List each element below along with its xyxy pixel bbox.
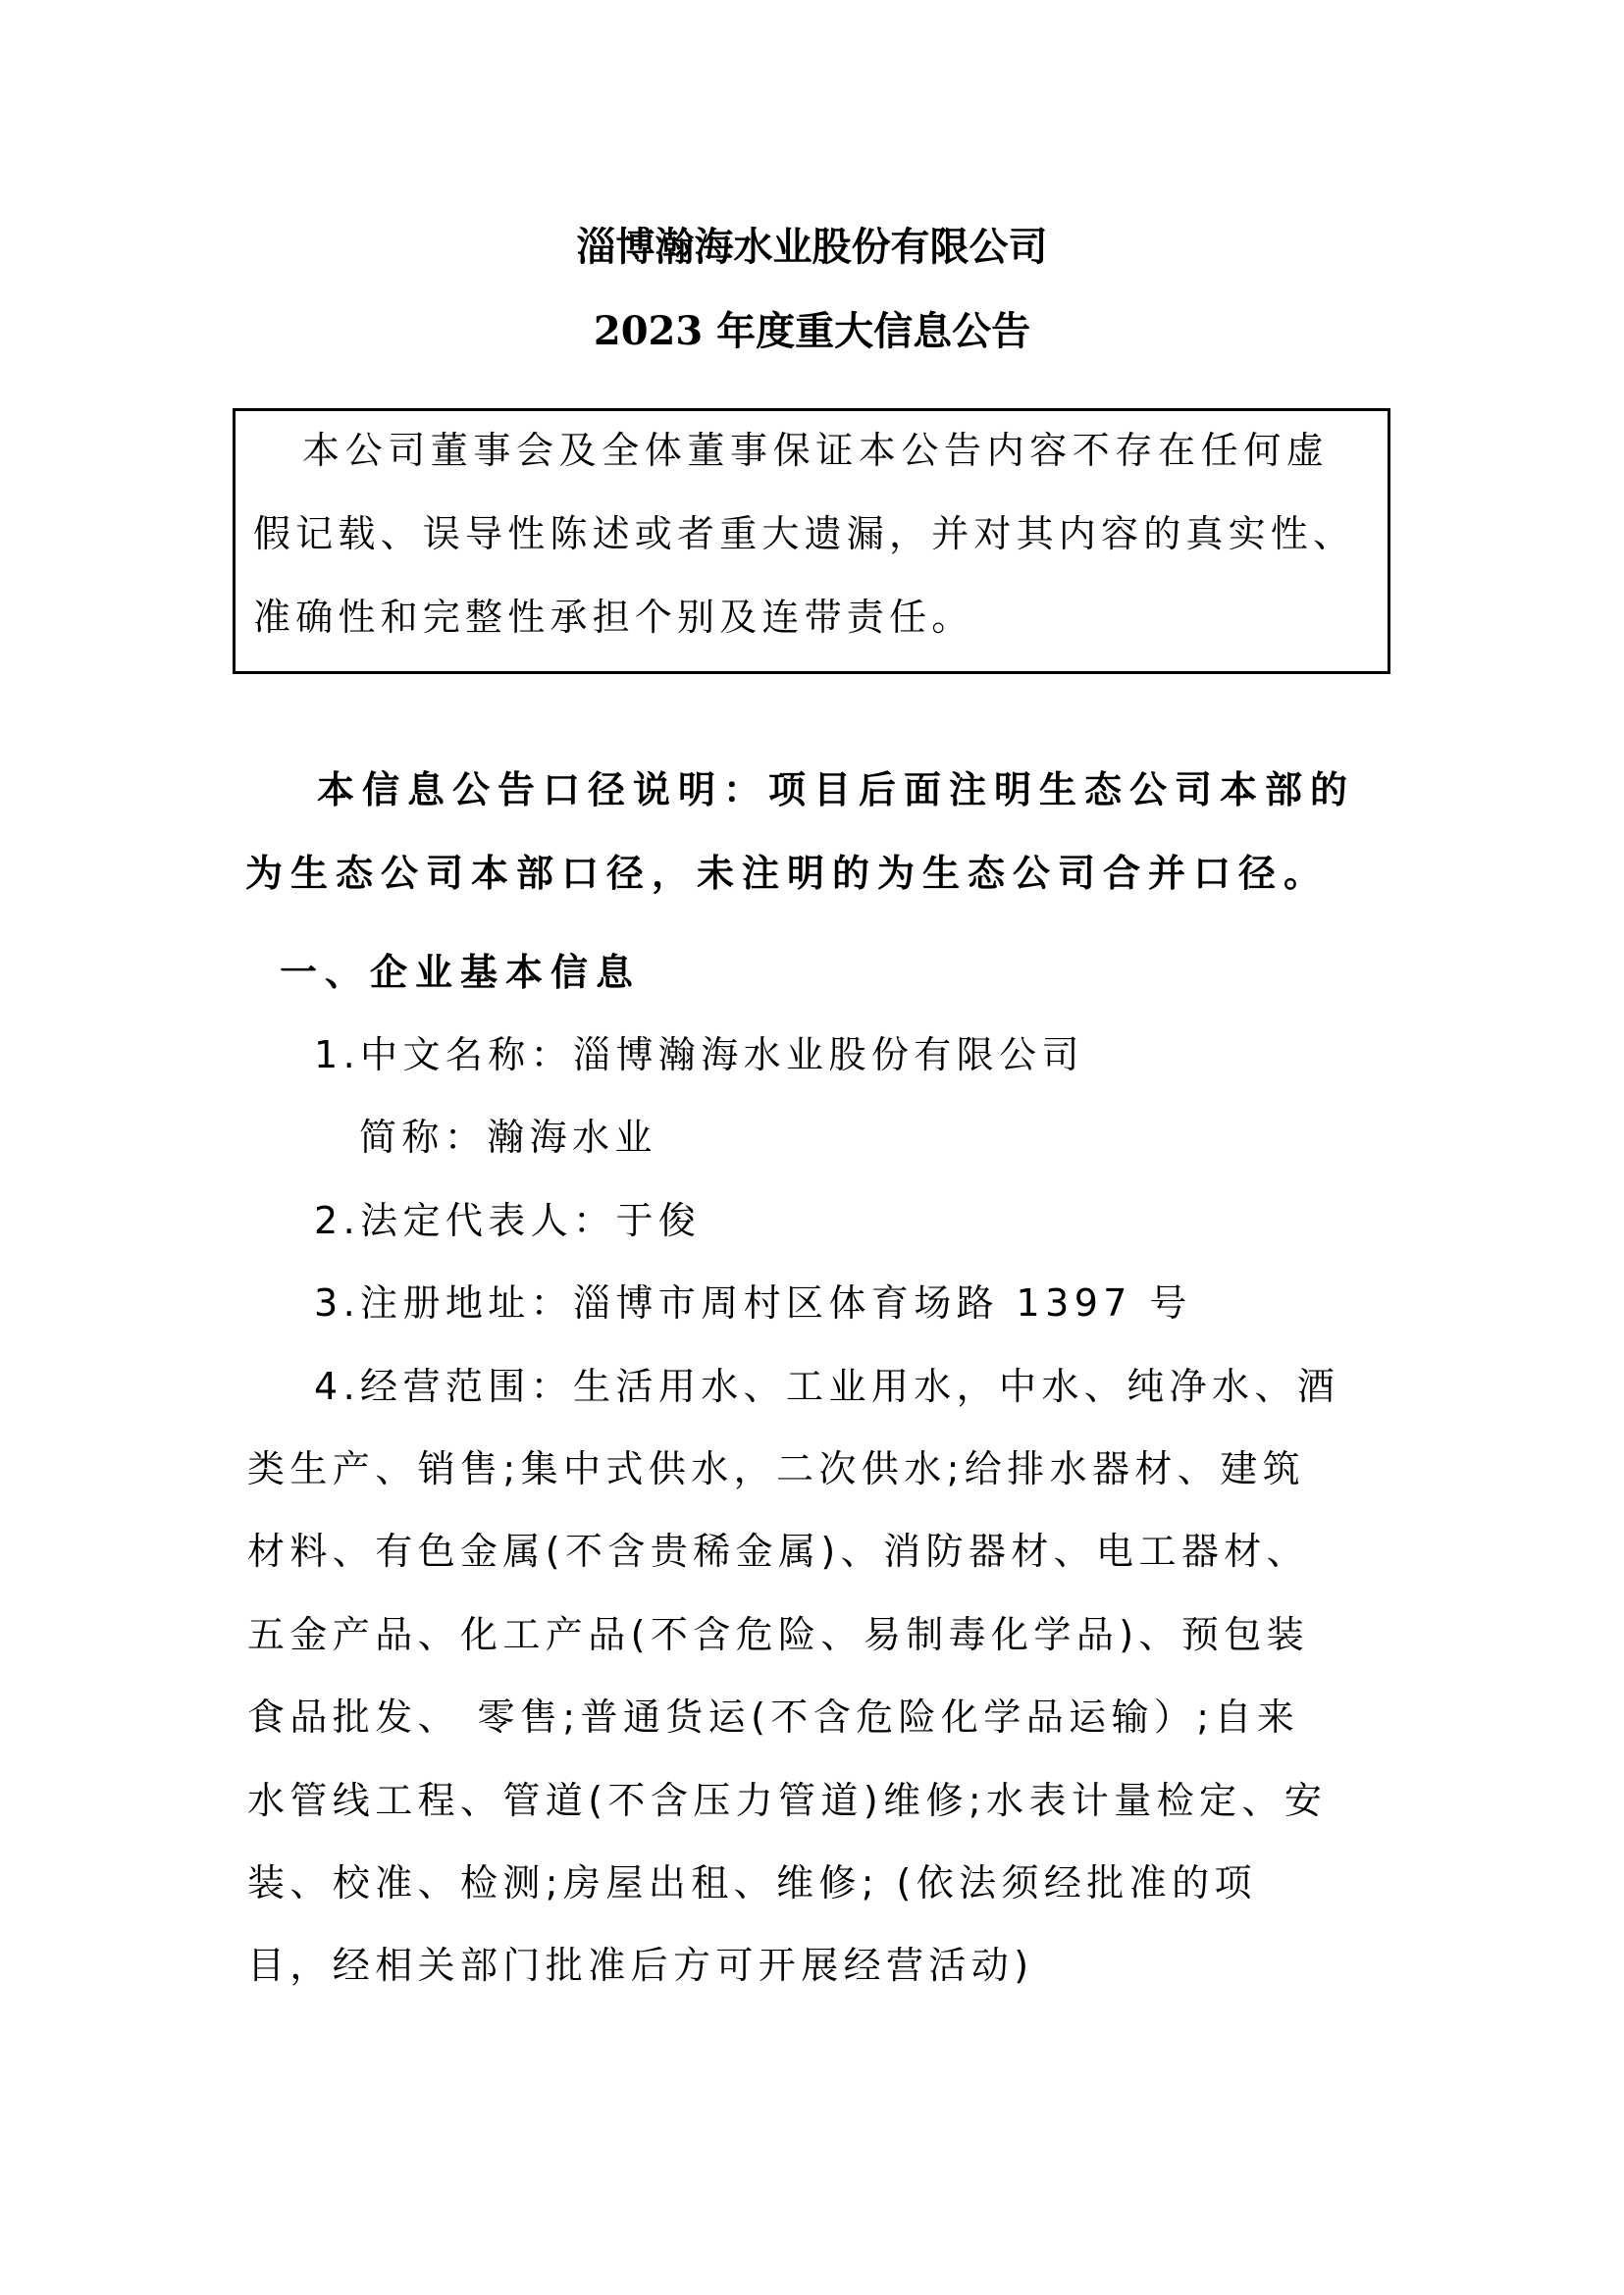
declaration-line: 本公司董事会及全体董事保证本公告内容不存在任何虚 xyxy=(302,429,1329,472)
declaration-box: 本公司董事会及全体董事保证本公告内容不存在任何虚 假记载、误导性陈述或者重大遗漏… xyxy=(233,408,1390,674)
section-heading-basic-info: 一、企业基本信息 xyxy=(280,950,641,995)
business-scope-line: 材料、有色金属(不含贵稀金属)、消防器材、电工器材、 xyxy=(247,1529,1309,1574)
business-scope-line: 目，经相关部门批准后方可开展经营活动) xyxy=(247,1943,1033,1988)
business-scope-line: 装、校准、检测;房屋出租、维修; (依法须经批准的项 xyxy=(247,1860,1257,1905)
business-scope-line: 类生产、销售;集中式供水，二次供水;给排水器材、建筑 xyxy=(247,1446,1305,1491)
declaration-line: 准确性和完整性承担个别及连带责任。 xyxy=(253,596,973,639)
declaration-line: 假记载、误导性陈述或者重大遗漏，并对其内容的真实性、 xyxy=(253,512,1355,555)
document-page: 淄博瀚海水业股份有限公司 2023 年度重大信息公告 本公司董事会及全体董事保证… xyxy=(0,0,1624,2295)
business-scope-line: 五金产品、化工产品(不含危险、易制毒化学品)、预包装 xyxy=(247,1612,1309,1657)
item-business-scope: 4.经营范围：生活用水、工业用水，中水、纯净水、酒 xyxy=(314,1364,1339,1409)
scope-note-line: 本信息公告口径说明：项目后面注明生态公司本部的 xyxy=(317,767,1355,812)
item-registered-address: 3.注册地址：淄博市周村区体育场路 1397 号 xyxy=(314,1280,1192,1326)
business-scope-line: 水管线工程、管道(不含压力管道)维修;水表计量检定、安 xyxy=(247,1778,1327,1823)
business-scope-line: 食品批发、 零售;普通货运(不含危险化学品运输）;自来 xyxy=(247,1695,1299,1740)
document-title-announcement: 2023 年度重大信息公告 xyxy=(0,308,1624,355)
item-short-name: 简称：瀚海水业 xyxy=(359,1115,657,1160)
document-title-company: 淄博瀚海水业股份有限公司 xyxy=(0,224,1624,271)
scope-note-line: 为生态公司本部口径，未注明的为生态公司合并口径。 xyxy=(245,851,1329,896)
item-legal-representative: 2.法定代表人：于俊 xyxy=(314,1198,701,1243)
item-chinese-name: 1.中文名称：淄博瀚海水业股份有限公司 xyxy=(314,1032,1084,1077)
